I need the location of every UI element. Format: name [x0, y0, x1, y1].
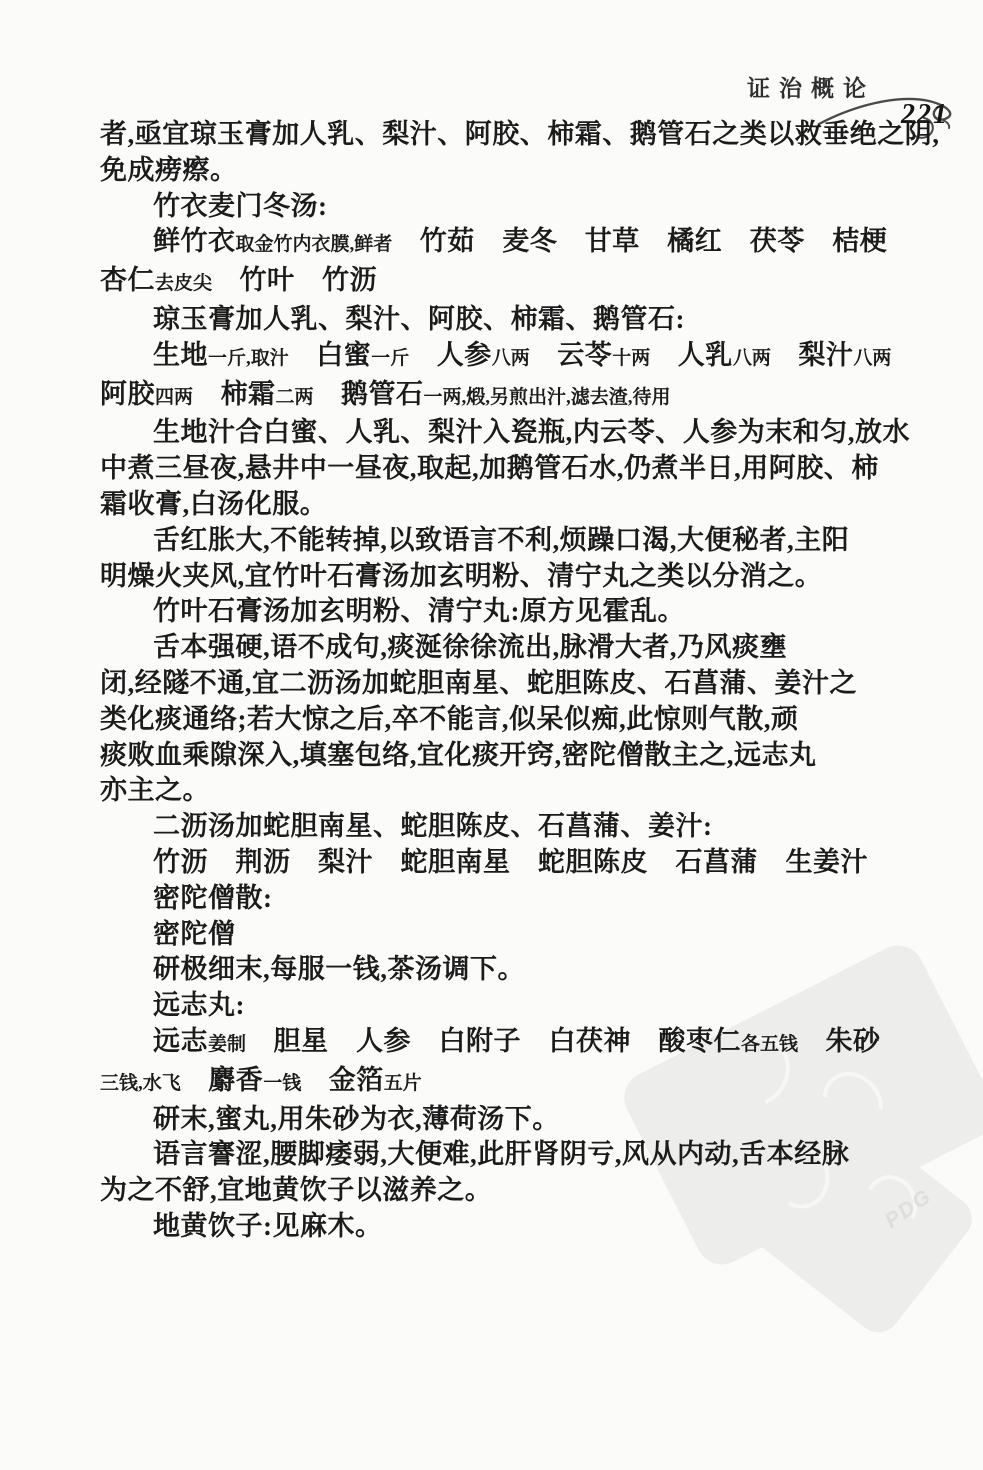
body-text-segment: 竹叶 竹沥 — [212, 265, 377, 295]
body-text-segment: 竹衣麦门冬汤: — [153, 191, 328, 221]
dosage-annotation: 一斤,取汁 — [208, 348, 289, 369]
body-text-segment: 远志 — [153, 1026, 208, 1056]
body-text-segment: 竹茹 麦冬 甘草 橘红 茯苓 桔梗 — [392, 226, 887, 256]
body-text-segment: 远志丸: — [153, 990, 245, 1020]
body-text-segment: 杏仁 — [100, 265, 155, 295]
body-text-segment: 研末,蜜丸,用朱砂为衣,薄荷汤下。 — [153, 1104, 560, 1134]
body-text-segment: 胆星 人参 白附子 白茯神 酸枣仁 — [246, 1026, 741, 1056]
body-text-segment: 白蜜 — [289, 340, 372, 370]
body-text-segment: 人乳 — [650, 340, 733, 370]
text-line: 研末,蜜丸,用朱砂为衣,薄荷汤下。 — [100, 1102, 910, 1138]
body-text-segment: 为之不舒,宜地黄饮子以滋养之。 — [100, 1175, 492, 1205]
text-line: 明燥火夹风,宜竹叶石膏汤加玄明粉、清宁丸之类以分消之。 — [100, 559, 910, 595]
text-line: 者,亟宜琼玉膏加人乳、梨汁、阿胶、柿霜、鹅管石之类以救垂绝之阴, — [100, 117, 910, 153]
body-text-segment: 云苓 — [530, 340, 613, 370]
dosage-annotation: 一钱 — [263, 1073, 301, 1094]
text-line: 研极细末,每服一钱,茶汤调下。 — [100, 952, 910, 988]
text-line: 闭,经隧不通,宜二沥汤加蛇胆南星、蛇胆陈皮、石菖蒲、姜汁之 — [100, 666, 910, 702]
body-text-segment: 舌本强硬,语不成句,痰涎徐徐流出,脉滑大者,乃风痰壅 — [153, 632, 787, 662]
body-text-segment: 琼玉膏加人乳、梨汁、阿胶、柿霜、鹅管石: — [153, 304, 685, 334]
text-line: 鲜竹衣取金竹内衣膜,鲜者 竹茹 麦冬 甘草 橘红 茯苓 桔梗 — [100, 224, 910, 263]
text-line: 亦主之。 — [100, 773, 910, 809]
body-text-segment: 闭,经隧不通,宜二沥汤加蛇胆南星、蛇胆陈皮、石菖蒲、姜汁之 — [100, 668, 857, 698]
text-line: 中煮三昼夜,悬井中一昼夜,取起,加鹅管石水,仍煮半日,用阿胶、柿 — [100, 451, 910, 487]
text-line: 竹衣麦门冬汤: — [100, 189, 910, 225]
dosage-annotation: 一斤 — [371, 348, 409, 369]
body-text-segment: 人参 — [409, 340, 492, 370]
body-text-segment: 地黄饮子:见麻木。 — [153, 1211, 383, 1241]
text-line: 类化痰通络;若大惊之后,卒不能言,似呆似痴,此惊则气散,顽 — [100, 702, 910, 738]
body-text-segment: 明燥火夹风,宜竹叶石膏汤加玄明粉、清宁丸之类以分消之。 — [100, 561, 822, 591]
body-text-segment: 语言謇涩,腰脚痿弱,大便难,此肝肾阴亏,风从内动,舌本经脉 — [153, 1139, 849, 1169]
body-text-segment: 生地 — [153, 340, 208, 370]
text-line: 杏仁去皮尖 竹叶 竹沥 — [100, 263, 910, 302]
body-text-segment: 亦主之。 — [100, 775, 210, 805]
text-line: 密陀僧 — [100, 917, 910, 953]
text-line: 生地一斤,取汁 白蜜一斤 人参八两 云苓十两 人乳八两 梨汁八两 — [100, 338, 910, 377]
text-line: 竹叶石膏汤加玄明粉、清宁丸:原方见霍乱。 — [100, 594, 910, 630]
body-text-segment: 霜收膏,白汤化服。 — [100, 489, 327, 519]
text-line: 竹沥 荆沥 梨汁 蛇胆南星 蛇胆陈皮 石菖蒲 生姜汁 — [100, 845, 910, 881]
dosage-annotation: 十两 — [612, 348, 650, 369]
body-text-segment: 痰败血乘隙深入,填塞包络,宜化痰开窍,密陀僧散主之,远志丸 — [100, 740, 817, 770]
body-text-segment: 生地汁合白蜜、人乳、梨汁入瓷瓶,内云苓、人参为末和匀,放水 — [153, 417, 910, 447]
scanned-book-page: PDG 证治概论 221 者,亟宜琼玉膏加人乳、梨汁、阿胶、柿霜、鹅管石之类以救… — [0, 0, 983, 1470]
text-line: 免成痨瘵。 — [100, 153, 910, 189]
dosage-annotation: 八两 — [853, 348, 891, 369]
body-text-segment: 免成痨瘵。 — [100, 155, 238, 185]
dosage-annotation: 五片 — [384, 1073, 422, 1094]
body-text-segment: 阿胶 — [100, 379, 155, 409]
text-line: 霜收膏,白汤化服。 — [100, 487, 910, 523]
body-text-segment: 梨汁 — [771, 340, 854, 370]
body-text-segment: 金箔 — [301, 1065, 384, 1095]
text-line: 舌本强硬,语不成句,痰涎徐徐流出,脉滑大者,乃风痰壅 — [100, 630, 910, 666]
dosage-annotation: 八两 — [733, 348, 771, 369]
text-line: 舌红胀大,不能转掉,以致语言不利,烦躁口渴,大便秘者,主阳 — [100, 523, 910, 559]
body-text-segment: 竹叶石膏汤加玄明粉、清宁丸:原方见霍乱。 — [153, 596, 685, 626]
text-line: 地黄饮子:见麻木。 — [100, 1209, 910, 1245]
body-text-segment: 柿霜 — [193, 379, 276, 409]
text-line: 阿胶四两 柿霜二两 鹅管石一两,煅,另煎出汁,滤去渣,待用 — [100, 377, 910, 416]
page-body-text: 者,亟宜琼玉膏加人乳、梨汁、阿胶、柿霜、鹅管石之类以救垂绝之阴,免成痨瘵。竹衣麦… — [100, 117, 910, 1245]
dosage-annotation: 八两 — [492, 348, 530, 369]
body-text-segment: 麝香 — [181, 1065, 264, 1095]
body-text-segment: 密陀僧散: — [153, 883, 273, 913]
dosage-annotation: 各五钱 — [741, 1034, 798, 1055]
body-text-segment: 密陀僧 — [153, 919, 236, 949]
dosage-annotation: 一两,煅,另煎出汁,滤去渣,待用 — [424, 387, 671, 408]
text-line: 二沥汤加蛇胆南星、蛇胆陈皮、石菖蒲、姜汁: — [100, 809, 910, 845]
text-line: 密陀僧散: — [100, 881, 910, 917]
dosage-annotation: 取金竹内衣膜,鲜者 — [236, 234, 393, 255]
body-text-segment: 中煮三昼夜,悬井中一昼夜,取起,加鹅管石水,仍煮半日,用阿胶、柿 — [100, 453, 879, 483]
body-text-segment: 者,亟宜琼玉膏加人乳、梨汁、阿胶、柿霜、鹅管石之类以救垂绝之阴, — [100, 119, 940, 149]
body-text-segment: 鲜竹衣 — [153, 226, 236, 256]
text-line: 琼玉膏加人乳、梨汁、阿胶、柿霜、鹅管石: — [100, 302, 910, 338]
dosage-annotation: 四两 — [155, 387, 193, 408]
text-line: 远志丸: — [100, 988, 910, 1024]
text-line: 痰败血乘隙深入,填塞包络,宜化痰开窍,密陀僧散主之,远志丸 — [100, 738, 910, 774]
dosage-annotation: 三钱,水飞 — [100, 1073, 181, 1094]
dosage-annotation: 姜制 — [208, 1034, 246, 1055]
text-line: 生地汁合白蜜、人乳、梨汁入瓷瓶,内云苓、人参为末和匀,放水 — [100, 415, 910, 451]
dosage-annotation: 去皮尖 — [155, 273, 212, 294]
text-line: 三钱,水飞 麝香一钱 金箔五片 — [100, 1063, 910, 1102]
body-text-segment: 鹅管石 — [314, 379, 424, 409]
body-text-segment: 朱砂 — [798, 1026, 881, 1056]
dosage-annotation: 二两 — [276, 387, 314, 408]
text-line: 语言謇涩,腰脚痿弱,大便难,此肝肾阴亏,风从内动,舌本经脉 — [100, 1137, 910, 1173]
body-text-segment: 舌红胀大,不能转掉,以致语言不利,烦躁口渴,大便秘者,主阳 — [153, 525, 849, 555]
body-text-segment: 竹沥 荆沥 梨汁 蛇胆南星 蛇胆陈皮 石菖蒲 生姜汁 — [153, 847, 868, 877]
text-line: 为之不舒,宜地黄饮子以滋养之。 — [100, 1173, 910, 1209]
body-text-segment: 二沥汤加蛇胆南星、蛇胆陈皮、石菖蒲、姜汁: — [153, 811, 713, 841]
body-text-segment: 类化痰通络;若大惊之后,卒不能言,似呆似痴,此惊则气散,顽 — [100, 704, 799, 734]
text-line: 远志姜制 胆星 人参 白附子 白茯神 酸枣仁各五钱 朱砂 — [100, 1024, 910, 1063]
body-text-segment: 研极细末,每服一钱,茶汤调下。 — [153, 954, 525, 984]
